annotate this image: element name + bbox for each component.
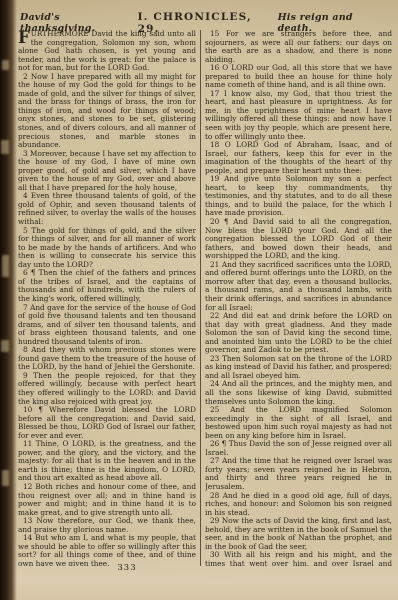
verse: 3 Moreover, because I have set my affect… — [18, 150, 196, 193]
book-spine-shadow — [0, 0, 17, 600]
verse: 27 And the time that he reigned over Isr… — [205, 457, 392, 491]
text-column-right: 15 For we are strangers before thee, and… — [205, 30, 392, 566]
verse: 13 Now therefore, our God, we thank thee… — [18, 517, 196, 534]
verse: 10 ¶ Wherefore David blessed the LORD be… — [18, 406, 196, 440]
page-number: 333 — [92, 563, 162, 573]
spine-ghost-mark — [2, 60, 9, 70]
text-column-left: FURTHERMORE David the king said unto all… — [18, 30, 196, 566]
verse: 19 And give unto Solomon my son a perfec… — [205, 175, 392, 218]
verse: 29 Now the acts of David the king, first… — [205, 517, 392, 551]
verse: FURTHERMORE David the king said unto all… — [18, 30, 196, 73]
verse: 25 And the LORD magnified Solomon exceed… — [205, 406, 392, 440]
verse: 20 ¶ And David said to all the congregat… — [205, 218, 392, 261]
verse: 23 Then Solomon sat on the throne of the… — [205, 355, 392, 381]
spine-ghost-mark — [2, 255, 9, 277]
verse: 14 But who am I, and what is my people, … — [18, 534, 196, 566]
verse: 16 O LORD our God, all this store that w… — [205, 64, 392, 90]
column-divider-rule — [200, 30, 201, 566]
text-body: FURTHERMORE David the king said unto all… — [18, 30, 392, 566]
verse: 8 And they with whom precious stones wer… — [18, 346, 196, 372]
verse: 2 Now I have prepared with all my might … — [18, 73, 196, 150]
verse: 30 With all his reign and his might, and… — [205, 551, 392, 566]
verse: 5 The gold for things of gold, and the s… — [18, 227, 196, 270]
book-page: David's thanksgiving. I. CHRONICLES, 29.… — [0, 0, 398, 600]
verse: 21 And they sacrificed sacrifices unto t… — [205, 261, 392, 312]
verse: 9 Then the people rejoiced, for that the… — [18, 372, 196, 406]
spine-ghost-mark — [1, 140, 9, 154]
verse: 24 And all the princes, and the mighty m… — [205, 380, 392, 406]
verse: 28 And he died in a good old age, full o… — [205, 492, 392, 518]
verse: 4 Even three thousand talents of gold, o… — [18, 192, 196, 226]
spine-ghost-mark — [1, 340, 9, 352]
verse: 7 And gave for the service of the house … — [18, 304, 196, 347]
verse: 22 And did eat and drink before the LORD… — [205, 312, 392, 355]
verse: 15 For we are strangers before thee, and… — [205, 30, 392, 64]
verse: 18 O LORD God of Abraham, Isaac, and of … — [205, 141, 392, 175]
verse: 17 I know also, my God, that thou triest… — [205, 90, 392, 141]
verse: 6 ¶ Then the chief of the fathers and pr… — [18, 269, 196, 303]
verse: 26 ¶ Thus David the son of Jesse reigned… — [205, 440, 392, 457]
drop-cap: F — [18, 30, 31, 45]
verse: 12 Both riches and honour come of thee, … — [18, 483, 196, 517]
spine-ghost-mark — [2, 470, 9, 486]
verse: 11 Thine, O LORD, is the greatness, and … — [18, 440, 196, 483]
